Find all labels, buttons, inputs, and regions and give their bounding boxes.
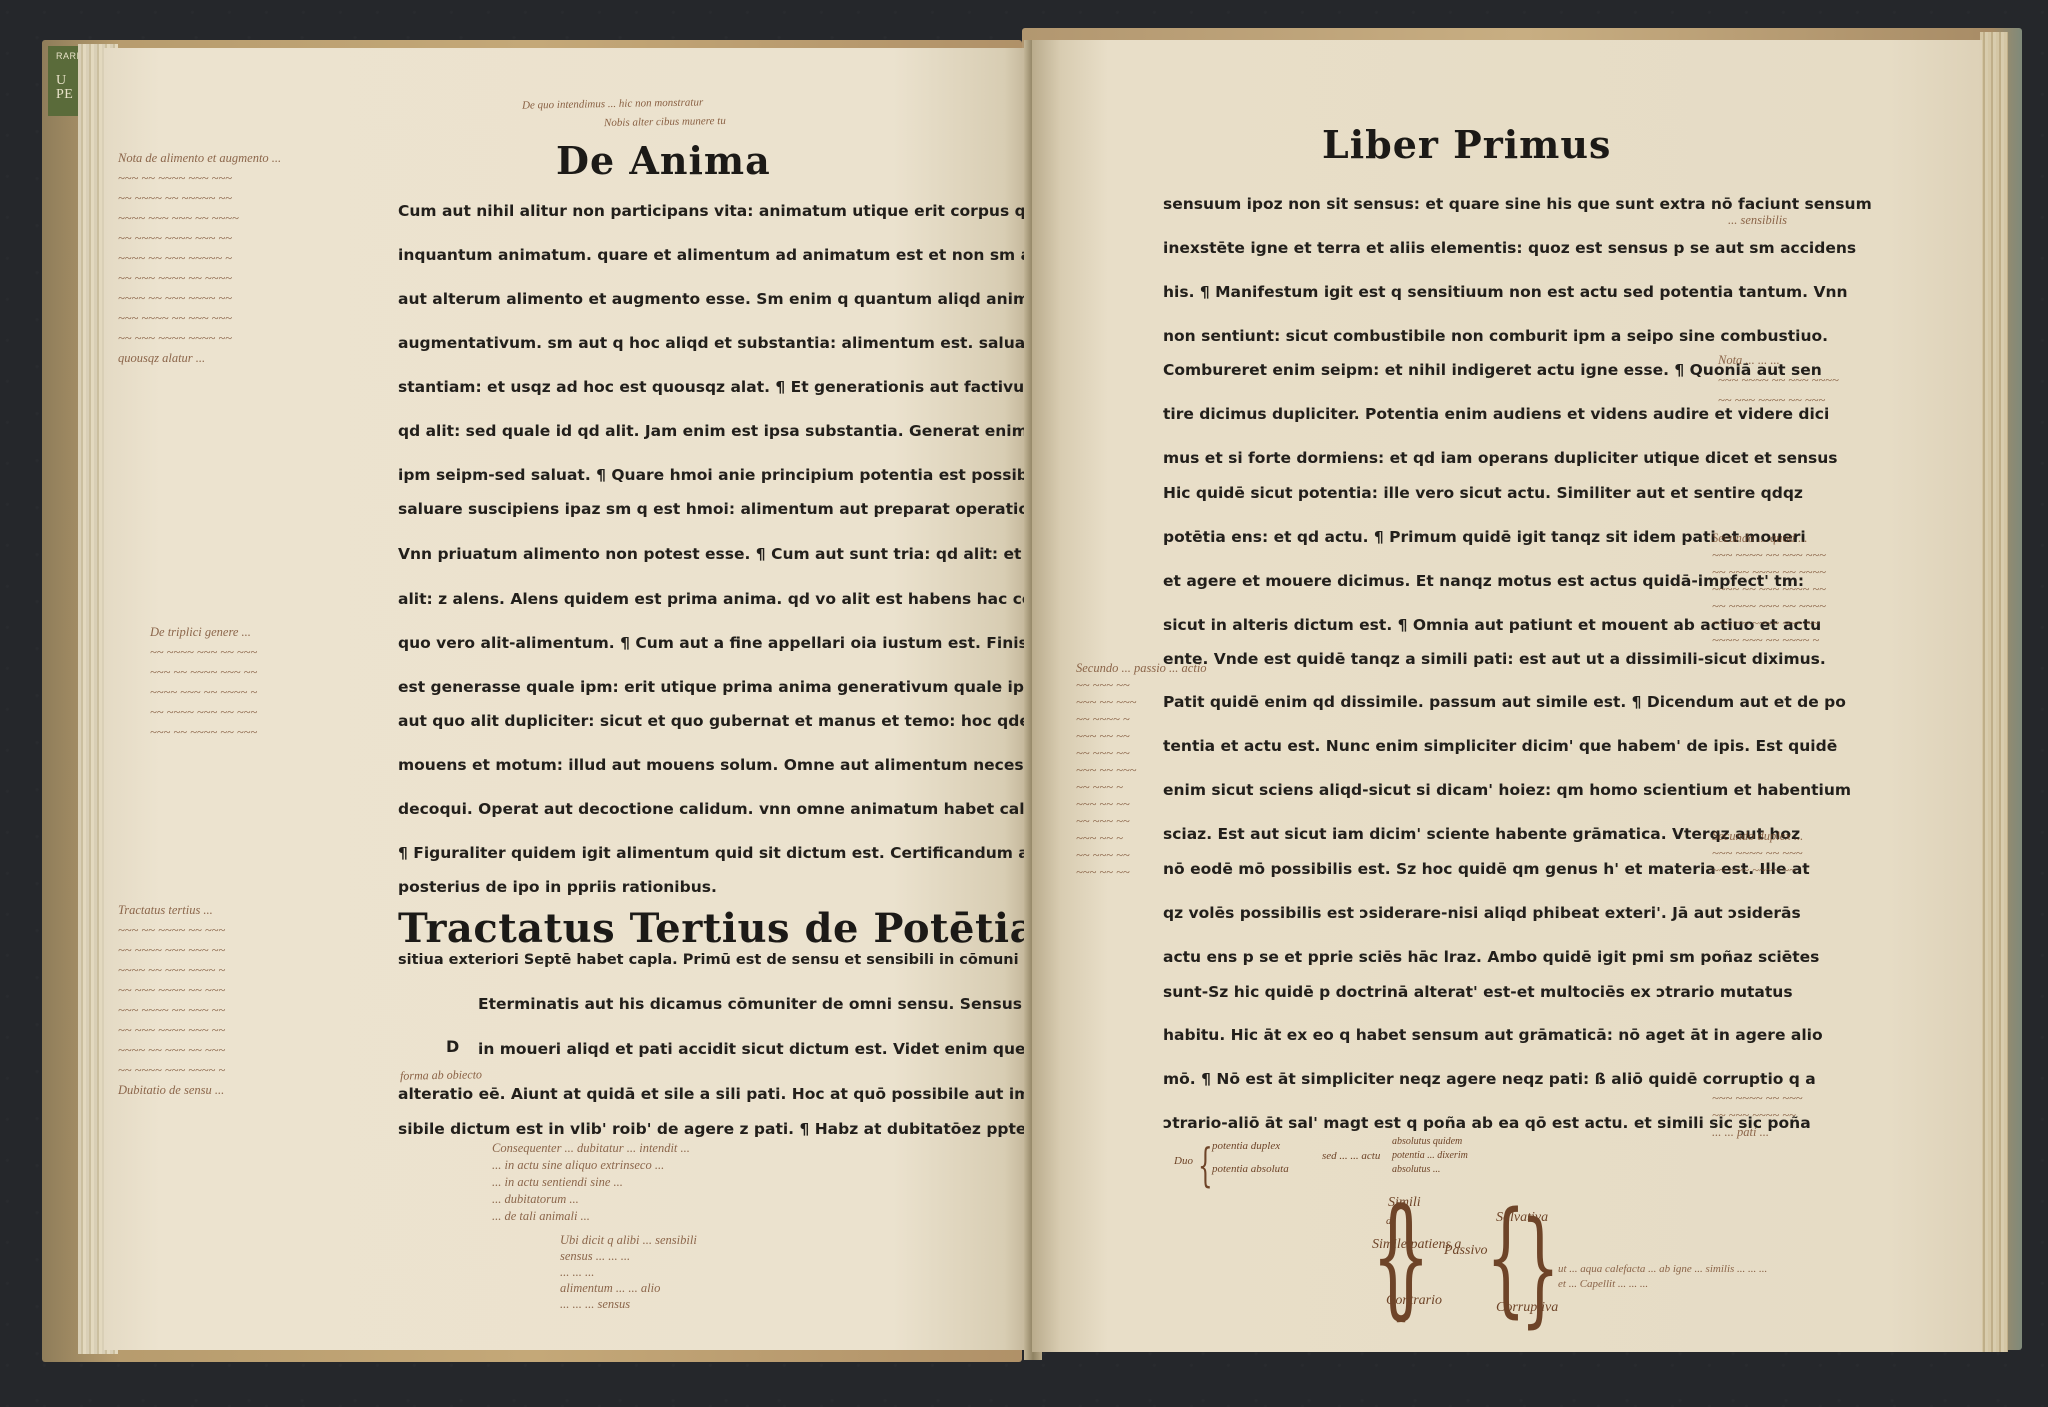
text-line: in moueri aliqd et pati accidit sicut di… — [478, 1040, 1047, 1058]
brace-icon: { — [1520, 1195, 1560, 1340]
text-line: ipm seipm-sed saluat. ¶ Quare hmoi anie … — [398, 466, 1053, 484]
page-title: Liber Primus — [1322, 122, 1611, 167]
text-line: enim sicut sciens aliqd-sicut si dicam' … — [1163, 781, 1851, 799]
text-line: et agere et mouere dicimus. Et nanqz mot… — [1163, 572, 1804, 590]
text-line: aut alterum alimento et augmento esse. S… — [398, 290, 1107, 308]
spine-label-text: PE — [56, 88, 78, 102]
text-line: alteratio eē. Aiunt at quidā et sile a s… — [398, 1085, 1061, 1103]
initial-letter: D — [446, 1037, 459, 1056]
text-line: est generasse quale ipm: erit utique pri… — [398, 678, 1094, 696]
margin-annotation: ~~~ ~~~~ ~~ ~~~ ~~ ~~~ ~~~~ ~~ ... ... p… — [1712, 1090, 1803, 1141]
text-line: ¶ Figuraliter quidem igit alimentum quid… — [398, 844, 1099, 862]
text-line: sibile dictum est in vlib' roib' de ager… — [398, 1120, 1062, 1138]
text-line: Cum aut nihil alitur non participans vit… — [398, 202, 1071, 220]
text-line: Patit quidē enim qd dissimile. passum au… — [1163, 693, 1846, 711]
text-line: alit: z alens. Alens quidem est prima an… — [398, 590, 1078, 608]
page-edges-right — [1980, 32, 2008, 1352]
text-line: quo vero alit-alimentum. ¶ Cum aut a fin… — [398, 634, 1051, 652]
brace-note: potentia ... dixerim — [1392, 1150, 1468, 1161]
text-line: qz volēs possibilis est ɔsiderare-nisi a… — [1163, 904, 1801, 922]
bottom-annotation: Consequenter ... dubitatur ... intendit … — [492, 1140, 690, 1225]
margin-annotation: ... sensibilis — [1728, 210, 1787, 230]
text-line: tentia et actu est. Nunc enim simplicite… — [1163, 737, 1837, 755]
brace-note: Duo — [1174, 1155, 1193, 1167]
text-line: sunt-Sz hic quidē p doctrinā alterat' es… — [1163, 983, 1793, 1001]
section-heading: Tractatus Tertius de Potētia sen — [398, 905, 1129, 952]
text-line: mō. ¶ Nō est āt simpliciter neqz agere n… — [1163, 1070, 1816, 1088]
text-line: posterius de ipo in ppriis rationibus. — [398, 878, 717, 896]
text-line: habitu. Hic āt ex eo q habet sensum aut … — [1163, 1026, 1823, 1044]
margin-annotation: Secundo ... quod ... ~~~ ~~~~ ~~ ~~~ ~~~… — [1712, 530, 1826, 649]
text-line: Hic quidē sicut potentia: ille vero sicu… — [1163, 484, 1803, 502]
text-line: aut quo alit dupliciter: sicut et quo gu… — [398, 712, 1039, 730]
text-line: decoqui. Operat aut decoctione calidum. … — [398, 800, 1075, 818]
text-line: ente. Vnde est quidē tanqz a simili pati… — [1163, 650, 1826, 668]
margin-annotation: Nota de alimento et augmento ... ~~~ ~~ … — [118, 148, 281, 368]
subheading-text: sitiua exteriori Septē habet capla. Prim… — [398, 952, 1019, 968]
bottom-annotation: Ubi dicit q alibi ... sensibili sensus .… — [560, 1232, 697, 1312]
diagram-node: Passivo — [1444, 1243, 1488, 1259]
margin-annotation: De triplici genere ... ~~ ~~~~ ~~~ ~~ ~~… — [150, 622, 257, 742]
text-line: non sentiunt: sicut combustibile non com… — [1163, 327, 1828, 345]
text-line: actu ens p se et pprie sciēs hāc lraz. A… — [1163, 948, 1819, 966]
handwritten-note: Nobis alter cibus munere tu — [604, 115, 726, 129]
text-line: his. ¶ Manifestum igit est q sensitiuum … — [1163, 283, 1848, 301]
text-line: Vnn priuatum alimento non potest esse. ¶… — [398, 545, 1060, 563]
page-title: De Anima — [556, 138, 771, 183]
text-line: qd alit: sed quale id qd alit. Jam enim … — [398, 422, 1071, 440]
handwritten-note: forma ab obiecto — [400, 1067, 482, 1083]
brace-icon: { — [1389, 1180, 1430, 1332]
margin-annotation: Secundo ... passio ... actio ~~ ~~~ ~~ ~… — [1076, 660, 1207, 881]
text-line: augmentativum. sm aut q hoc aliqd et sub… — [398, 334, 1118, 352]
margin-annotation: Nota ... ... ... ~~~ ~~~~ ~~ ~~~ ~~~~ ~~… — [1718, 350, 1839, 410]
margin-annotation: Tractatus tertius ... ~~~ ~~ ~~~~ ~~ ~~~… — [118, 900, 225, 1100]
diagram-note: ut ... aqua calefacta ... ab igne ... si… — [1558, 1262, 1768, 1292]
text-line: sciaz. Est aut sicut iam dicim' sciente … — [1163, 825, 1800, 843]
text-line: inexstēte igne et terra et aliis element… — [1163, 239, 1856, 257]
text-line: mouens et motum: illud aut mouens solum.… — [398, 756, 1116, 774]
spine-label-text: U — [56, 74, 78, 88]
spine-label-text: RARI — [56, 50, 78, 62]
text-line: stantiam: et usqz ad hoc est quousqz ala… — [398, 378, 1120, 396]
brace-note: absolutus quidem — [1392, 1136, 1462, 1147]
brace-note: potentia duplex — [1212, 1140, 1280, 1152]
text-line: mus et si forte dormiens: et qd iam oper… — [1163, 449, 1837, 467]
brace-note: sed ... ... actu — [1322, 1150, 1380, 1162]
brace-note: potentia absoluta — [1212, 1163, 1289, 1175]
spine-label: RARI U PE — [48, 46, 78, 116]
brace-note: absolutus ... — [1392, 1164, 1440, 1175]
text-line: Eterminatis aut his dicamus cōmuniter de… — [478, 995, 1045, 1013]
brace-icon: { — [1198, 1138, 1213, 1192]
text-line: saluare suscipiens ipaz sm q est hmoi: a… — [398, 500, 1051, 518]
text-line: potētia ens: et qd actu. ¶ Primum quidē … — [1163, 528, 1806, 546]
margin-annotation: Secundo duplex ... ~~~ ~~~~ ~~ ~~~ ~~ ~~… — [1712, 828, 1803, 879]
